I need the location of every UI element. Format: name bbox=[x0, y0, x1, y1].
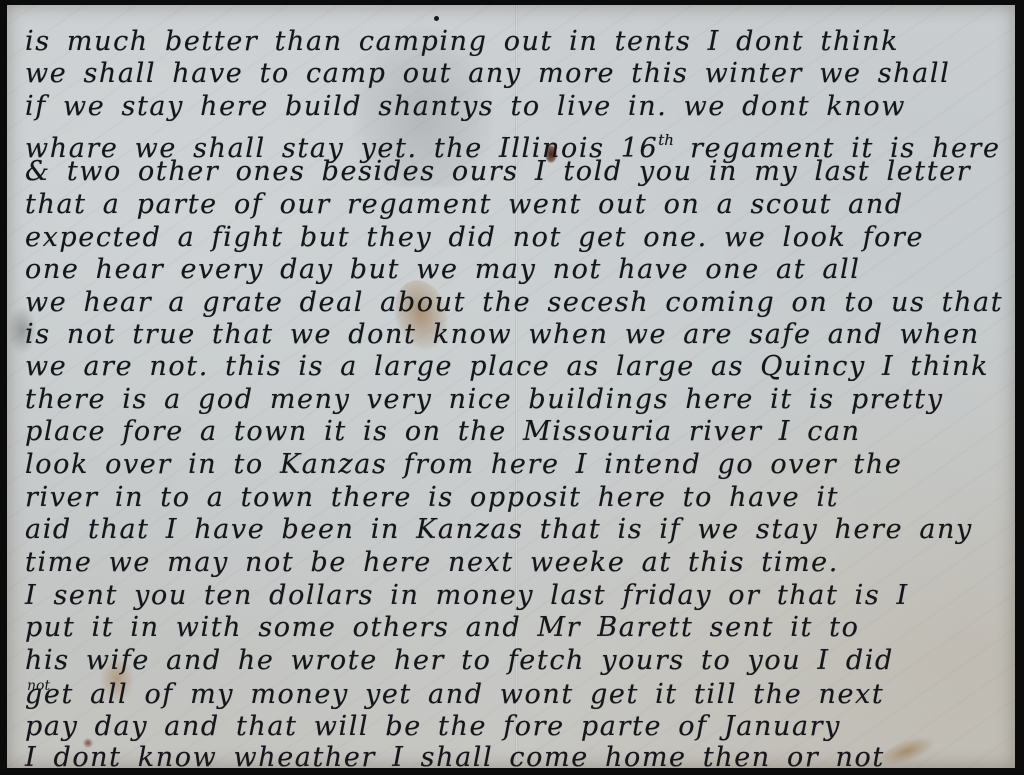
letter-line: put it in with some others and Mr Barett… bbox=[25, 613, 1010, 643]
letter-line: river in to a town there is opposit here… bbox=[25, 483, 1010, 513]
letter-line: aid that I have been in Kanzas that is i… bbox=[25, 515, 1010, 545]
superscript: th bbox=[658, 131, 674, 149]
letter-line: is much better than camping out in tents… bbox=[25, 27, 1010, 57]
letter-line: expected a fight but they did not get on… bbox=[25, 223, 1010, 253]
letter-line: I dont know wheather I shall come home t… bbox=[25, 743, 1010, 768]
letter-line: & two other ones besides ours I told you… bbox=[25, 157, 1010, 187]
letter-line: we hear a grate deal about the secesh co… bbox=[25, 288, 1010, 318]
pin-hole bbox=[434, 16, 439, 21]
letter-line: time we may not be here next weeke at th… bbox=[25, 548, 1010, 578]
letter-line: his wife and he wrote her to fetch yours… bbox=[25, 646, 1010, 676]
letter-line: place fore a town it is on the Missouria… bbox=[25, 417, 1010, 447]
letter-line: there is a god meny very nice buildings … bbox=[25, 385, 1010, 415]
letter-line: we are not. this is a large place as lar… bbox=[25, 352, 1010, 382]
letter-line: pay day and that will be the fore parte … bbox=[25, 712, 1010, 742]
letter-line: get all of my money yet and wont get it … bbox=[25, 680, 1010, 710]
letter-line: we shall have to camp out any more this … bbox=[25, 59, 1010, 89]
letter-line: that a parte of our regament went out on… bbox=[25, 190, 1010, 220]
letter-line: if we stay here build shantys to live in… bbox=[25, 92, 1010, 122]
letter-line: is not true that we dont know when we ar… bbox=[25, 320, 1010, 350]
letter-line: one hear every day but we may not have o… bbox=[25, 255, 1010, 285]
scanned-letter: is much better than camping out in tents… bbox=[0, 0, 1024, 775]
letter-page: is much better than camping out in tents… bbox=[7, 5, 1015, 768]
letter-line: look over in to Kanzas from here I inten… bbox=[25, 450, 1010, 480]
letter-line: I sent you ten dollars in money last fri… bbox=[25, 581, 1010, 611]
